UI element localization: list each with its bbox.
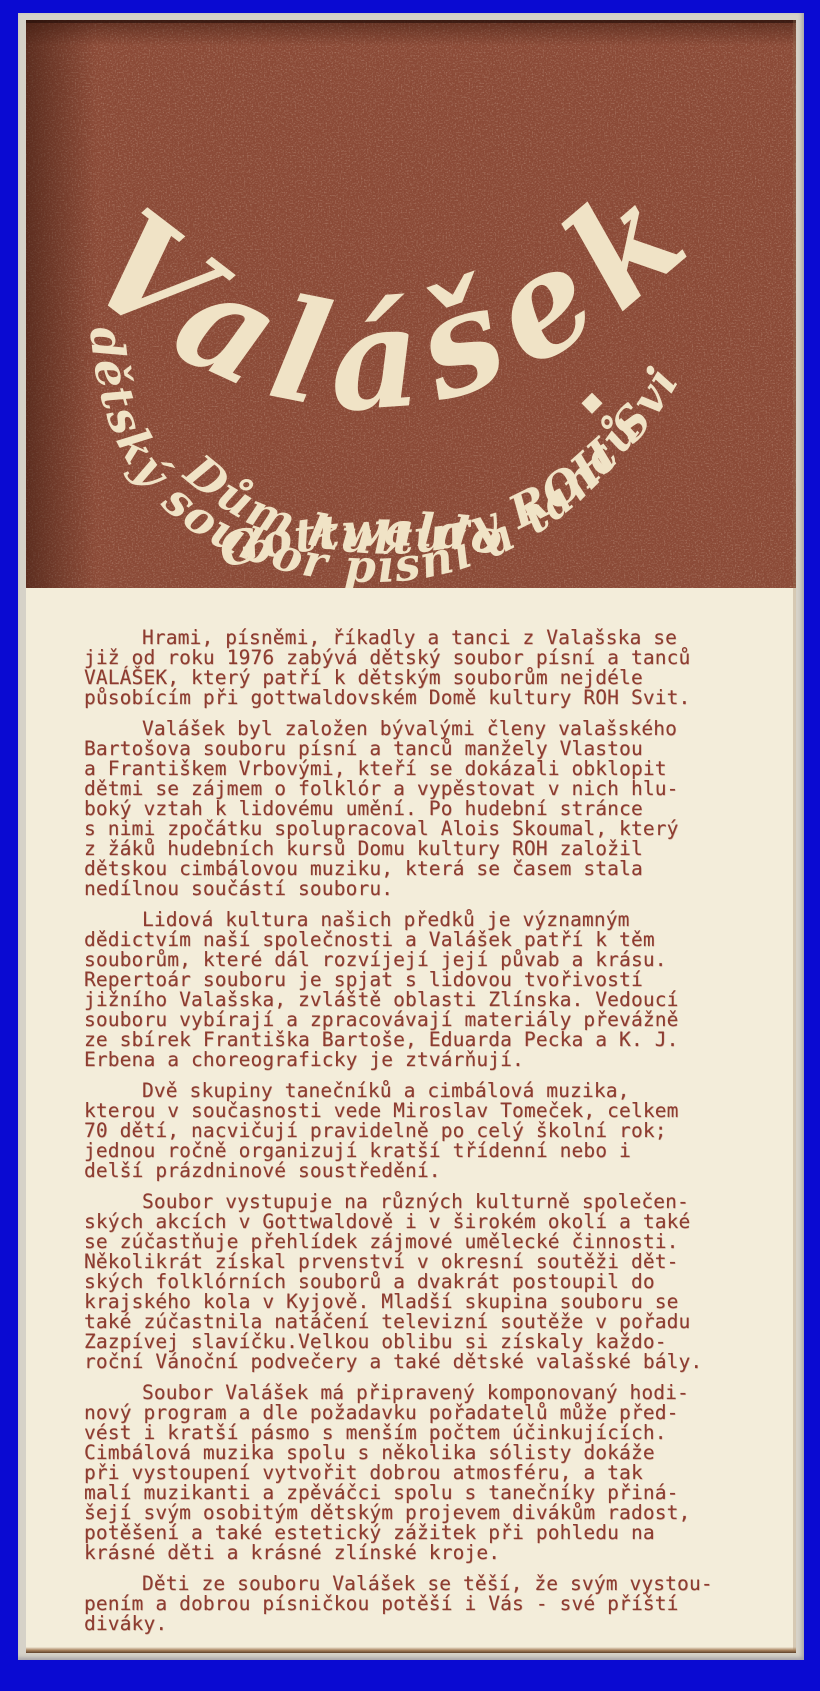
typewritten-text: Hrami, písněmi, říkadly a tanci z Valašs… [26,588,796,1634]
paragraph-3: Lidová kultura našich předků je významný… [84,910,748,1070]
paper-bottom-edge [26,1647,796,1653]
paragraph-6: Soubor Valášek má připravený komponovaný… [84,1383,748,1563]
paragraph-7: Děti ze souboru Valášek se těší, že svým… [84,1574,748,1634]
valasek-logo-art: Valášek dětský soubor písní a tanců Dům … [26,20,796,588]
top-vignette [26,20,796,46]
paragraph-5: Soubor vystupuje na různých kulturně spo… [84,1192,748,1372]
paragraph-1: Hrami, písněmi, říkadly a tanci z Valašs… [84,628,748,708]
scanned-leaflet-page: Valášek dětský soubor písní a tanců Dům … [0,0,820,1691]
paragraph-4: Dvě skupiny tanečníků a cimbálová muzika… [84,1081,748,1181]
leaflet-paper: Valášek dětský soubor písní a tanců Dům … [26,20,796,1653]
cover-artwork: Valášek dětský soubor písní a tanců Dům … [26,20,796,588]
top-edge-line [26,20,796,23]
paragraph-2: Valášek byl založen bývalými členy valaš… [84,719,748,899]
paper-right-edge [793,20,796,1653]
